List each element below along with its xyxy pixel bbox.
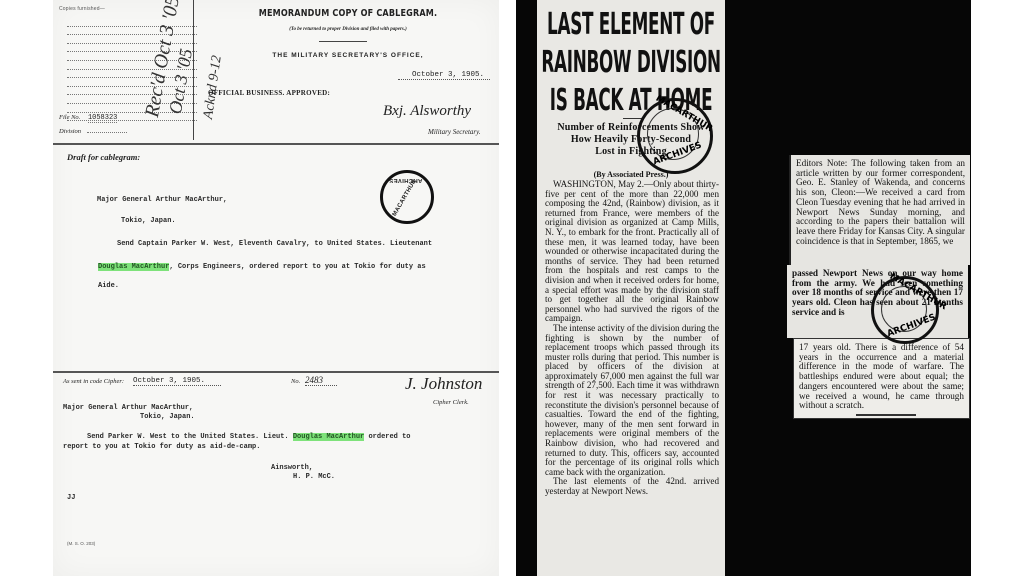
macarthur-archives-stamp: MACARTHUR ARCHIVES [637,98,713,174]
division-blank [87,132,127,133]
file-number-field: File No. 1058323 [59,114,117,122]
macarthur-archives-stamp: MACARTHUR ARCHIVES [871,276,939,344]
editors-note-text-3: 17 years old. There is a difference of 5… [794,339,969,411]
newspaper-clipping-rainbow-division: LAST ELEMENT OF RAINBOW DIVISION IS BACK… [537,0,725,576]
paragraph: The last elements of the 42nd. arrived y… [545,477,719,496]
draft-line-3: Aide. [98,282,119,290]
draft-line-2: Douglas MacArthur, Corps Engineers, orde… [98,263,426,271]
title-rule [319,41,367,42]
highlighted-name: Douglas MacArthur [98,263,169,271]
cipher-number-label: No. [291,378,300,385]
stamp-text-macarthur: MACARTHUR [392,178,418,217]
draft-label: Draft for cablegram: [67,152,140,162]
cablegram-memo-document: Copies furnished— File No. 1058323 Divis… [53,0,499,576]
sent-sign-2: H. P. McC. [293,473,335,481]
paragraph: The intense activity of the division dur… [545,324,719,478]
editors-note-text-1: Editors Note: The following taken from a… [791,155,970,246]
sent-location: Tokio, Japan. [140,413,195,421]
newspaper-clipping-editors-note-part-1: Editors Note: The following taken from a… [789,155,970,265]
memo-title: MEMORANDUM COPY OF CABLEGRAM. [225,8,472,19]
headline-line-1: LAST ELEMENT OF [541,6,720,44]
clipping-end-rule [856,414,916,416]
division-label: Division [59,128,81,135]
draft-line-1: Send Captain Parker W. West, Eleventh Ca… [117,240,432,248]
secretary-title: Military Secretary. [428,128,481,136]
highlighted-name: Douglas MacArthur [293,433,364,441]
cipher-clerk-signature: J. Johnston [405,374,482,394]
newspaper-clipping-editors-note-part-3: 17 years old. There is a difference of 5… [793,338,970,419]
sent-line-1-post: ordered to [364,433,410,441]
draft-location: Tokio, Japan. [121,217,176,225]
copies-furnished-label: Copies furnished— [59,6,105,12]
clerk-initials: JJ [67,494,75,502]
cipher-clerk-title: Cipher Clerk. [433,399,469,406]
official-business-approved: OFFICIAL BUSINESS. APPROVED: [208,89,330,97]
file-number-label: File No. [59,114,80,121]
form-number: (M. S. O. 203) [67,541,95,546]
clipping-body: WASHINGTON, May 2.—Only about thirty-fiv… [545,180,719,497]
memo-subtitle: (To be returned to proper Division and f… [203,27,493,32]
sent-line-1: Send Parker W. West to the United States… [87,433,410,441]
section-divider-top [53,143,499,145]
macarthur-archives-stamp: ARCHIVES MACARTHUR [380,170,434,224]
sent-line-1-pre: Send Parker W. West to the United States… [87,433,293,441]
sent-sign-1: Ainsworth, [271,464,313,472]
paragraph: WASHINGTON, May 2.—Only about thirty-fiv… [545,180,719,324]
byline: (By Associated Press.) [541,170,721,179]
office-name: THE MILITARY SECRETARY'S OFFICE, [203,52,493,59]
secretary-signature: Bxj. Alsworthy [383,103,471,120]
cipher-label: As sent in code Cipher: [63,378,124,385]
headline-line-2: RAINBOW DIVISION [541,44,720,82]
draft-addressee: Major General Arthur MacArthur, [97,196,227,204]
file-number-value: 1058323 [88,114,117,123]
sent-line-2: report to you at Tokio for duty as aid-d… [63,443,260,451]
division-field: Division [59,128,127,135]
memo-date: October 3, 1905. [398,71,490,80]
section-divider-bottom [53,371,499,373]
header-divider-vertical [193,0,194,140]
cipher-number: 2483 [305,375,337,386]
draft-line-2-rest: , Corps Engineers, ordered report to you… [169,263,425,271]
sent-addressee: Major General Arthur MacArthur, [63,404,193,412]
cipher-date: October 3, 1905. [133,377,221,386]
